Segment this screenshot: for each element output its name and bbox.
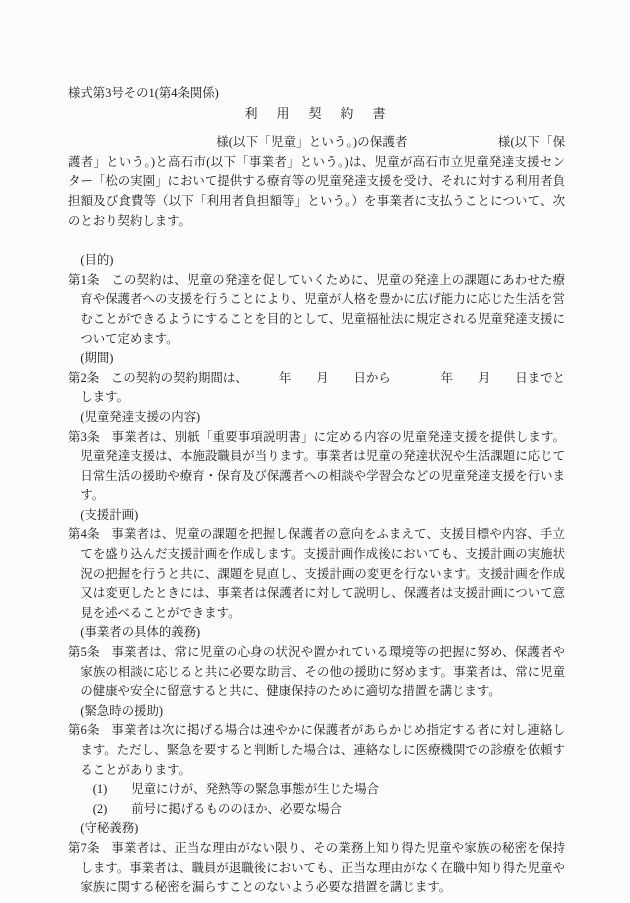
article-3-paragraph: 第3条事業者は、別紙「重要事項説明書」に定める内容の児童発達支援を提供します。児… <box>68 428 565 506</box>
article-3-text: 事業者は、別紙「重要事項説明書」に定める内容の児童発達支援を提供します。児童発達… <box>80 430 565 503</box>
item-2-text: 前号に掲げるもののほか、必要な場合 <box>131 802 342 816</box>
article-2-label: 第2条 <box>68 371 99 385</box>
article-4-text: 事業者は、児童の課題を把握し保護者の意向をふまえて、支援目標や内容、手立てを盛り… <box>80 527 565 619</box>
article-7-text: 事業者は、正当な理由がない限り、その業務上知り得た児童や家族の秘密を保持します。… <box>80 841 565 894</box>
article-6-heading: (緊急時の援助) <box>68 702 565 722</box>
article-1-label: 第1条 <box>68 273 100 287</box>
article-1-heading: (目的) <box>68 251 565 271</box>
article-5-heading: (事業者の具体的義務) <box>68 623 565 643</box>
article-6-paragraph: 第6条事業者は次に掲げる場合は速やかに保護者があらかじめ指定する者に対し連絡しま… <box>68 721 565 780</box>
article-2-paragraph: 第2条この契約の契約期間は、 年 月 日から 年 月 日までとします。 <box>68 369 565 408</box>
article-7-heading: (守秘義務) <box>68 819 565 839</box>
article-6-text: 事業者は次に掲げる場合は速やかに保護者があらかじめ指定する者に対し連絡します。た… <box>80 723 565 776</box>
article-6-item-1: (1)児童にけが、発熱等の緊急事態が生じた場合 <box>68 780 565 800</box>
child-name-blank <box>68 145 216 146</box>
article-1-text: この契約は、児童の発達を促していくために、児童の発達上の課題にあわせた療育や保護… <box>80 273 565 346</box>
guardian-name-blank <box>408 145 498 146</box>
article-3-heading: (児童発達支援の内容) <box>68 408 565 428</box>
document-title: 利 用 契 約 書 <box>68 104 565 124</box>
article-6-item-2: (2)前号に掲げるもののほか、必要な場合 <box>68 800 565 820</box>
article-5-label: 第5条 <box>68 645 100 659</box>
article-4-paragraph: 第4条事業者は、児童の課題を把握し保護者の意向をふまえて、支援目標や内容、手立て… <box>68 525 565 623</box>
item-2-number: (2) <box>93 800 131 820</box>
article-6-label: 第6条 <box>68 723 100 737</box>
article-4-label: 第4条 <box>68 527 100 541</box>
article-5-text: 事業者は、常に児童の心身の状況や置かれている環境等の把握に努め、保護者や家族の相… <box>80 645 565 698</box>
item-1-text: 児童にけが、発熱等の緊急事態が生じた場合 <box>131 782 379 796</box>
intro-paragraph: 様(以下「児童」という。)の保護者様(以下「保護者」という。)と高石市(以下「事… <box>68 133 565 231</box>
article-7-label: 第7条 <box>68 841 100 855</box>
article-7-paragraph: 第7条事業者は、正当な理由がない限り、その業務上知り得た児童や家族の秘密を保持し… <box>68 839 565 898</box>
item-1-number: (1) <box>93 780 131 800</box>
article-1-paragraph: 第1条この契約は、児童の発達を促していくために、児童の発達上の課題にあわせた療育… <box>68 271 565 349</box>
articles-section: (目的) 第1条この契約は、児童の発達を促していくために、児童の発達上の課題にあ… <box>68 251 565 898</box>
article-5-paragraph: 第5条事業者は、常に児童の心身の状況や置かれている環境等の把握に努め、保護者や家… <box>68 643 565 702</box>
contract-document-page: 様式第3号その1(第4条関係) 利 用 契 約 書 様(以下「児童」という。)の… <box>0 0 630 903</box>
form-number: 様式第3号その1(第4条関係) <box>68 84 565 104</box>
article-4-heading: (支援計画) <box>68 506 565 526</box>
intro-child-label: 様(以下「児童」という。)の保護者 <box>216 135 408 149</box>
article-2-heading: (期間) <box>68 349 565 369</box>
article-2-text: この契約の契約期間は、 年 月 日から 年 月 日までとします。 <box>80 371 565 405</box>
article-3-label: 第3条 <box>68 430 100 444</box>
